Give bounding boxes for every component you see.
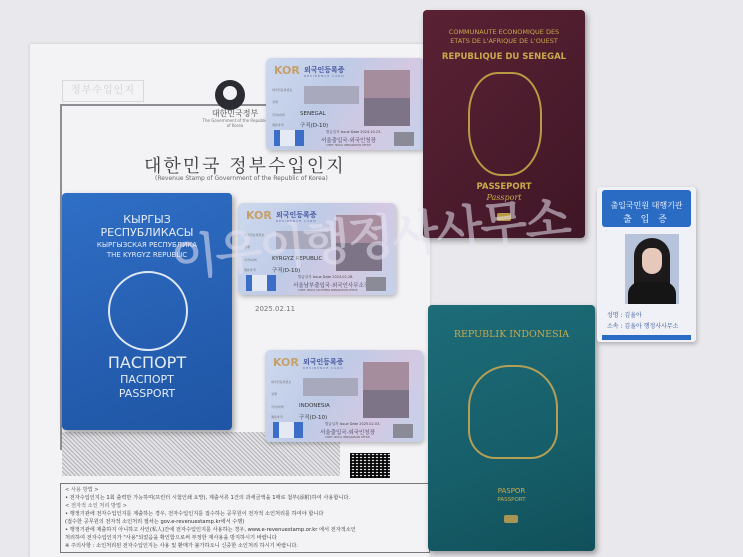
card-office-en: CHIEF, SEOUL IMMIGRATION OFFICE xyxy=(325,436,370,439)
passport-label-en: PASSPORT xyxy=(62,387,232,400)
badge-footer xyxy=(602,335,691,340)
passport-line: COMMUNAUTE ECONOMIQUE DES xyxy=(423,28,585,36)
badge-name: 성명 : 김율아 xyxy=(607,310,642,319)
senegal-coat-of-arms-icon xyxy=(468,72,542,176)
qr-code-icon xyxy=(350,453,390,478)
redacted-signature xyxy=(393,424,413,438)
passport-indonesia: REPUBLIK INDONESIA PASPOR PASSPORT xyxy=(428,305,595,551)
government-name-en: The Government of the Republic of Korea xyxy=(200,118,270,128)
garuda-emblem-icon xyxy=(468,365,558,459)
redacted-signature xyxy=(366,277,386,291)
card-office: 서울출입국·외국인청장 xyxy=(320,428,375,436)
korea-government-logo-icon xyxy=(215,80,245,110)
usage-line: • 전자수입인지는 1회 출력만 가능하며(프린터 시험인쇄 요망), 제출서류… xyxy=(65,494,425,502)
card-status: 구직(D-10) xyxy=(300,121,328,129)
usage-notice: < 사용 방법 > • 전자수입인지는 1회 출력만 가능하며(프린터 시험인쇄… xyxy=(60,483,430,553)
card-code: KOR xyxy=(273,356,299,369)
label-status: 체류자격 xyxy=(272,123,284,127)
stamp-label: 정부수입인지 xyxy=(62,80,144,102)
hologram-icon xyxy=(274,130,304,146)
redacted-signature xyxy=(394,132,414,146)
hologram-icon xyxy=(273,422,303,438)
card-office: 서울출입국·외국인청장 xyxy=(321,136,376,144)
label-regno: 외국인등록번호 xyxy=(272,88,292,92)
card-office-en: CHIEF, SEOUL IMMIGRATION OFFICE xyxy=(326,144,371,147)
card-issue-date: 발급일자 Issue Date 2025.02.03. xyxy=(325,422,380,427)
passport-label: PASPOR xyxy=(428,487,595,495)
label-status: 체류자격 xyxy=(271,415,283,419)
card-office-en: CHIEF, SEOUL SOUTHERN IMMIGRATION OFFICE xyxy=(298,289,358,292)
badge-photo xyxy=(625,234,679,304)
card-country: SENEGAL xyxy=(300,111,326,117)
redacted-photo xyxy=(364,70,410,126)
passport-line: ETATS DE L'AFRIQUE DE L'OUEST xyxy=(423,37,585,45)
redacted-info xyxy=(304,86,359,104)
immigration-agent-badge: 출입국민원 대행기관 출 입 증 성명 : 김율아 소속 : 김율아 행정사사무… xyxy=(597,187,696,342)
label-country: 국가/지역 xyxy=(272,113,285,117)
card-subtitle: RESIDENCE CARD xyxy=(303,366,344,370)
cancel-heading: < 전자적 소인 처리 방법 > xyxy=(65,502,425,510)
badge-org: 소속 : 김율아 행정사사무소 xyxy=(607,321,679,330)
usage-heading: < 사용 방법 > xyxy=(65,486,425,494)
document-subtitle: (Revenue Stamp of Government of the Repu… xyxy=(155,175,328,182)
biometric-chip-icon xyxy=(504,515,518,523)
badge-subtitle: 출 입 증 xyxy=(602,212,691,225)
card-office: 서울남부출입국·외국인사무소장 xyxy=(293,281,369,289)
passport-country: REPUBLIQUE DU SENEGAL xyxy=(423,52,585,62)
cancel-line: (접수한 공무원의 전자적 소인처리 절차는 gov.e-revenuestam… xyxy=(65,518,425,526)
residence-card-indonesia: KOR 외국인등록증 RESIDENCE CARD 외국인등록번호 성명 국가/… xyxy=(265,350,423,442)
card-country: INDONESIA xyxy=(299,403,330,409)
passport-label: ПАСПОРТ xyxy=(62,353,232,372)
card-subtitle: RESIDENCE CARD xyxy=(304,74,345,78)
badge-header: 출입국민원 대행기관 출 입 증 xyxy=(602,190,691,227)
cancel-line: 처리하여 전자수입인지가 "사용"되었음을 확인함으로써 부정한 재사용을 방지… xyxy=(65,534,425,542)
cancel-line: • 행정기관에 제출하지 아니하고 사인(私人)간에 전자수입인지를 사용하는 … xyxy=(65,526,425,534)
cancel-line: ※ 주의사항 : 소인처리된 전자수입인지는 사용 및 환매가 불가하오니 신중… xyxy=(65,542,425,550)
card-issue-date: 발급일자 Issue Date 2024.10.23. xyxy=(326,130,381,135)
redacted-info xyxy=(303,378,358,396)
badge-title: 출입국민원 대행기관 xyxy=(602,200,691,211)
label-regno: 외국인등록번호 xyxy=(271,380,291,384)
label-country: 국가/지역 xyxy=(271,405,284,409)
redacted-photo xyxy=(363,362,409,418)
passport-label-sub: ПАСПОРТ xyxy=(62,373,232,386)
passport-label-sub: PASSPORT xyxy=(428,497,595,503)
passport-country: REPUBLIK INDONESIA xyxy=(428,329,595,340)
label-name: 성명 xyxy=(271,392,277,396)
cancel-line: • 행정기관에 전자수입인지를 제출하는 경우, 전자수입인지를 접수하는 공무… xyxy=(65,510,425,518)
residence-card-senegal: KOR 외국인등록증 RESIDENCE CARD 외국인등록번호 성명 국가/… xyxy=(266,58,424,150)
label-name: 성명 xyxy=(272,100,278,104)
document-date: 2025.02.11 xyxy=(255,305,295,313)
card-code: KOR xyxy=(274,64,300,77)
card-status: 구직(D-10) xyxy=(299,413,327,421)
